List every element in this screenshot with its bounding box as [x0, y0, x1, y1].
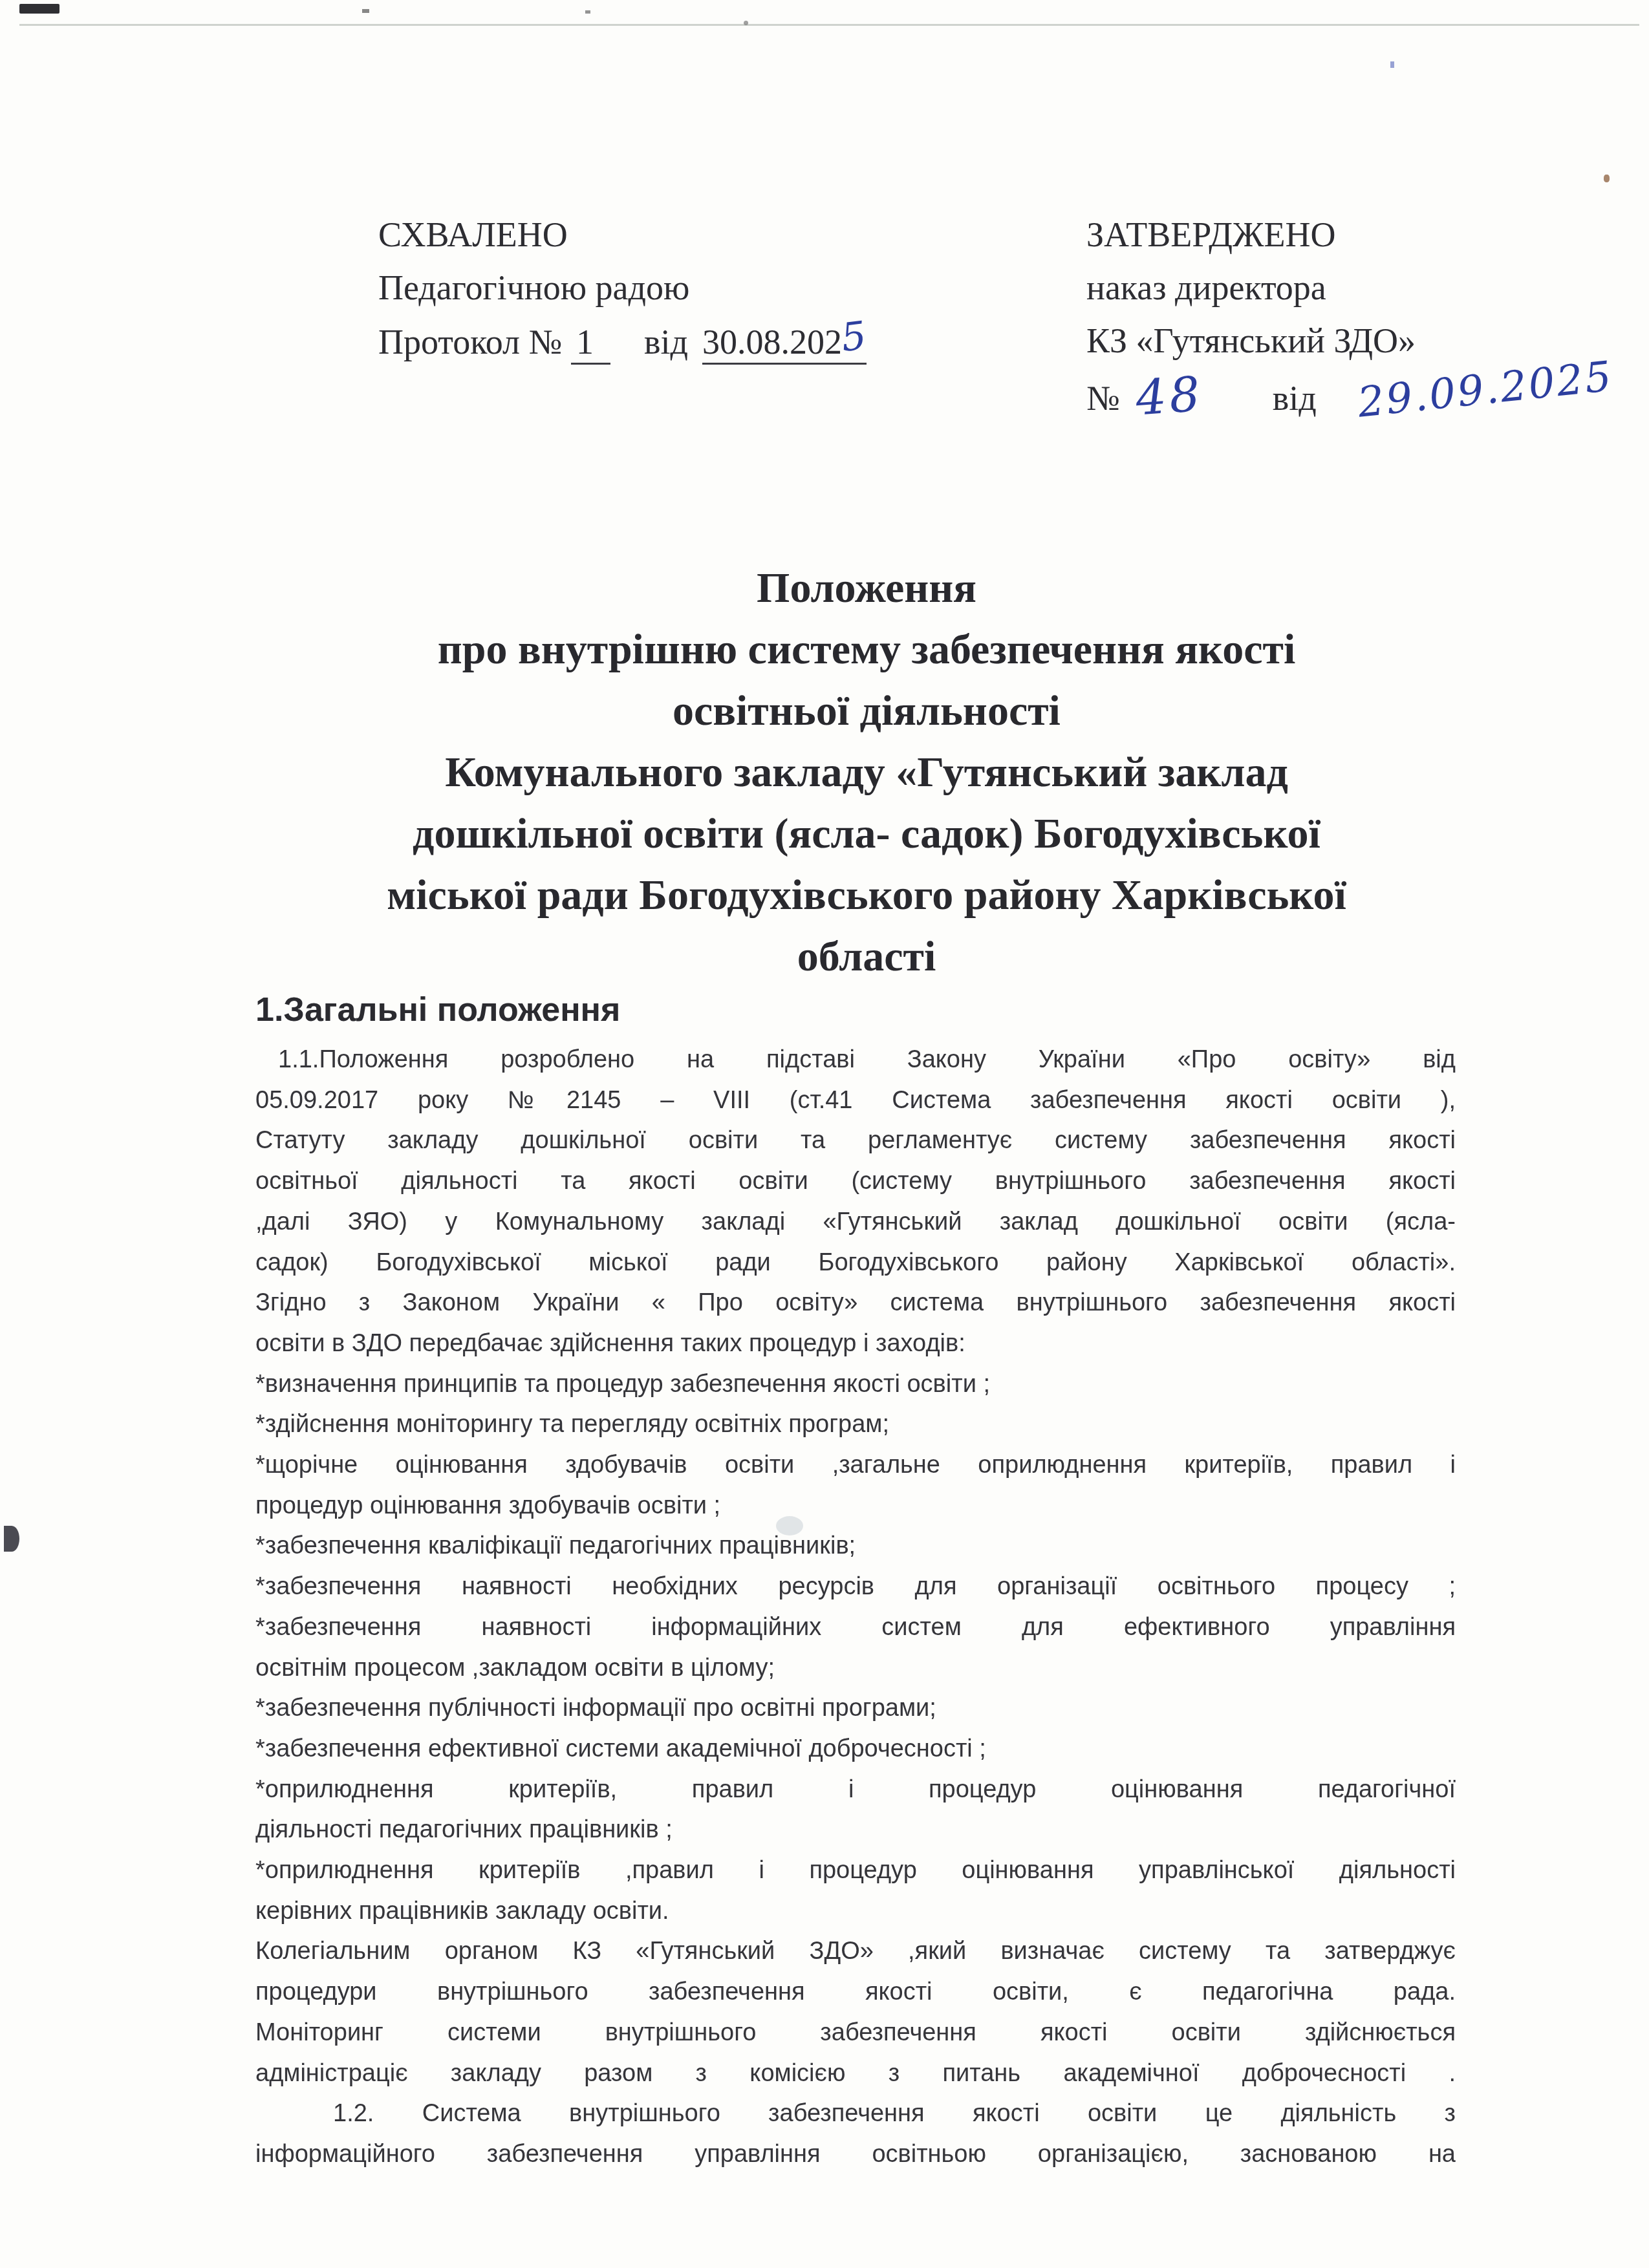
- body-line: ,далі ЗЯО) у Комунальному закладі «Гутян…: [255, 1202, 1456, 1243]
- confirmed-label: ЗАТВЕРДЖЕНО: [1086, 208, 1614, 261]
- body-line: діяльності педагогічних працівників ;: [255, 1810, 1456, 1850]
- body-line: *оприлюднення критеріїв ,правил і процед…: [255, 1850, 1456, 1891]
- approval-block-right: ЗАТВЕРДЖЕНО наказ директора КЗ «Гутянськ…: [1086, 208, 1614, 425]
- title-line: області: [220, 926, 1513, 987]
- scan-artifact-speck: [744, 21, 748, 25]
- approved-by-line: Педагогічною радою: [378, 261, 867, 314]
- approval-block-left: СХВАЛЕНО Педагогічною радою Протокол №1в…: [378, 208, 867, 369]
- order-number-line: №48від29.09.2025: [1086, 367, 1614, 425]
- body-line: 1.2. Система внутрішнього забезпечення я…: [255, 2093, 1456, 2134]
- body-line: інформаційного забезпечення управління о…: [255, 2134, 1456, 2175]
- order-number-handwritten: 48: [1134, 367, 1205, 425]
- approved-label: СХВАЛЕНО: [378, 208, 867, 261]
- scan-artifact-speck: [585, 10, 590, 14]
- body-line: керівних працівників закладу освіти.: [255, 1891, 1456, 1932]
- title-line: міської ради Богодухівського району Харк…: [220, 864, 1513, 926]
- body-line: *забезпечення наявності необхідних ресур…: [255, 1567, 1456, 1607]
- protocol-line: Протокол №1від30.08.2025: [378, 314, 867, 369]
- body-line: Колегіальним органом КЗ «Гутянський ЗДО»…: [255, 1931, 1456, 1972]
- body-line: *здійснення моніторингу та перегляду осв…: [255, 1404, 1456, 1445]
- body-line: Моніторинг системи внутрішнього забезпеч…: [255, 2013, 1456, 2053]
- protocol-date-printed: 30.08.202: [702, 323, 842, 361]
- body-line: *забезпечення кваліфікації педагогічних …: [255, 1526, 1456, 1567]
- scan-artifact-speck: [362, 9, 369, 13]
- body-line: освіти в ЗДО передбачає здійснення таких…: [255, 1323, 1456, 1364]
- document-title: Положення про внутрішню систему забезпеч…: [220, 557, 1513, 987]
- body-line: освітньої діяльності та якості освіти (с…: [255, 1161, 1456, 1202]
- scan-artifact-speck: [1604, 175, 1610, 182]
- title-line: про внутрішню систему забезпечення якост…: [220, 619, 1513, 680]
- numero-sign: №: [1086, 379, 1120, 418]
- body-line: Статуту закладу дошкільної освіти та рег…: [255, 1120, 1456, 1161]
- scan-artifact-speck: [1390, 61, 1394, 68]
- protocol-date: 30.08.2025: [702, 323, 867, 365]
- title-line: Комунального закладу «Гутянський заклад: [220, 742, 1513, 803]
- title-line: дошкільної освіти (ясла- садок) Богодухі…: [220, 803, 1513, 864]
- body-line: процедур оцінювання здобувачів освіти ;: [255, 1486, 1456, 1526]
- protocol-date-handwritten-digit: 5: [838, 309, 869, 365]
- body-line: садок) Богодухівської міської ради Богод…: [255, 1243, 1456, 1283]
- scan-artifact-top-line: [19, 24, 1639, 26]
- scan-artifact-blob: [4, 1526, 19, 1552]
- body-line: *щорічне оцінювання здобувачів освіти ,з…: [255, 1445, 1456, 1486]
- body-line: процедури внутрішнього забезпечення якос…: [255, 1972, 1456, 2013]
- body-line: 05.09.2017 року №2145 – VIII (ст.41 Сист…: [255, 1080, 1456, 1121]
- title-line: Положення: [220, 557, 1513, 619]
- section-body: 1.1.Положення розроблено на підставі Зак…: [255, 1040, 1456, 2175]
- title-line: освітньої діяльності: [220, 680, 1513, 742]
- body-line: 1.1.Положення розроблено на підставі Зак…: [255, 1040, 1456, 1080]
- vid-label: від: [1273, 379, 1317, 418]
- protocol-prefix: Протокол №: [378, 323, 562, 361]
- vid-label: від: [644, 323, 688, 361]
- body-line: адміністраціє закладу разом з комісією з…: [255, 2053, 1456, 2094]
- body-line: *забезпечення публічності інформації про…: [255, 1688, 1456, 1729]
- order-by-line: наказ директора: [1086, 261, 1614, 314]
- protocol-number: 1: [571, 323, 610, 365]
- section-heading: 1.Загальні положення: [255, 990, 620, 1029]
- body-line: Згідно з Законом України « Про освіту» с…: [255, 1283, 1456, 1323]
- body-line: *забезпечення ефективної системи академі…: [255, 1729, 1456, 1770]
- scanned-document-page: СХВАЛЕНО Педагогічною радою Протокол №1в…: [0, 0, 1649, 2268]
- body-line: *визначення принципів та процедур забезп…: [255, 1364, 1456, 1405]
- body-line: *забезпечення наявності інформаційних си…: [255, 1607, 1456, 1648]
- body-line: *оприлюднення критеріїв, правил і процед…: [255, 1770, 1456, 1810]
- scan-artifact-dash: [19, 4, 59, 14]
- body-line: освітнім процесом ,закладом освіти в ціл…: [255, 1648, 1456, 1689]
